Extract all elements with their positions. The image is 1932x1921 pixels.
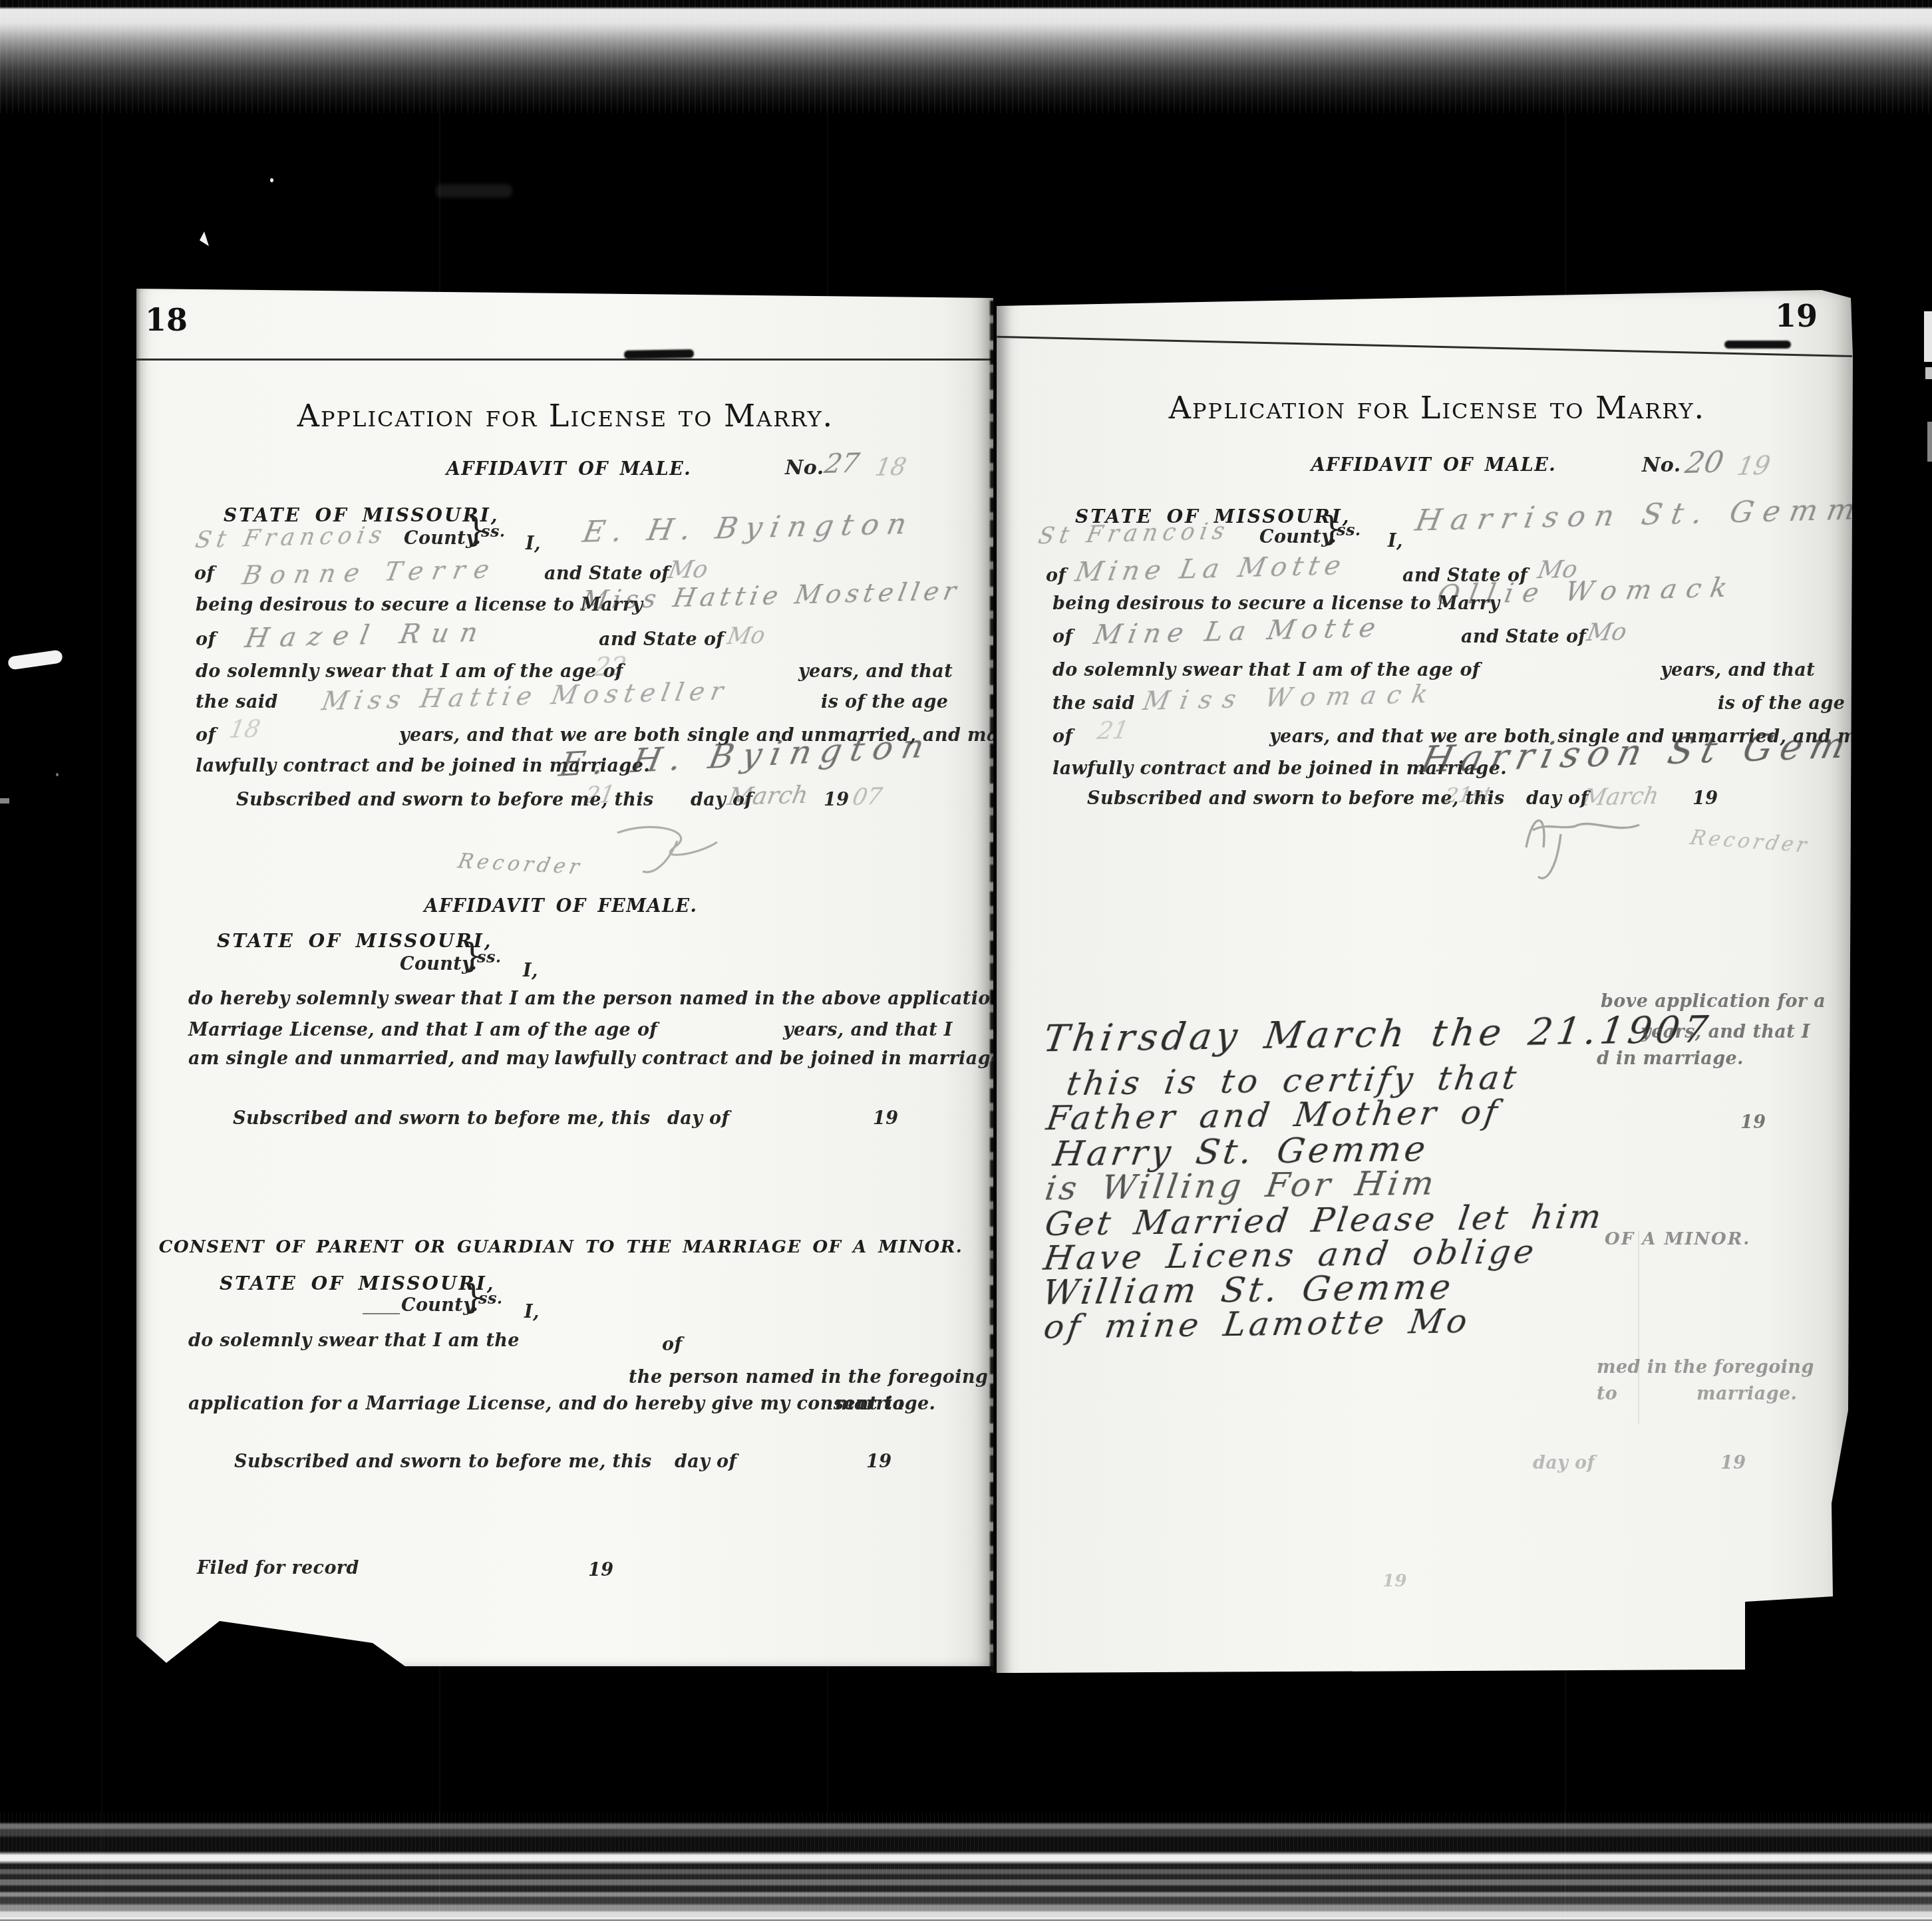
note-line: of mine Lamotte Mo [1041,1302,1473,1347]
state-of-missouri: STATE OF MISSOURI, [220,1272,496,1294]
film-speck [270,178,273,182]
year-19-label: 19 [1692,788,1718,809]
year-19-label: 19 [873,1108,898,1129]
ss-label: ss. [477,947,502,966]
groom-state-handwritten: Mo [666,555,710,584]
of-label: of [194,563,214,584]
ink-scrawl [1517,805,1657,891]
film-edge-sliver [1927,422,1932,462]
bride-residence-handwritten: Hazel Run [243,617,492,654]
county-handwritten: St Francois [1037,517,1233,549]
consent-marriage-word: marriage. [835,1394,935,1414]
state-of-missouri: STATE OF MISSOURI, [217,930,493,952]
fragment-minor: OF A MINOR. [1605,1229,1750,1249]
female-years-line: years, and that I [783,1020,953,1040]
license-number-handwritten: 27 [822,448,862,479]
sworn-year-handwritten: 07 [850,783,884,810]
sworn-month-handwritten: March [726,781,810,810]
sworn-day-handwritten: 21st [1442,781,1494,808]
blank-underline [363,1313,400,1314]
recorder-handwritten: Recorder [456,849,585,879]
filed-year-label: 19 [588,1560,613,1580]
recorder-handwritten: Recorder [1688,826,1812,858]
male-age-line: do solemnly swear that I am of the age o… [1052,660,1480,680]
fragment-year19: 19 [1740,1112,1766,1133]
license-number-handwritten: 20 [1683,445,1726,480]
of-label: of [1052,627,1072,647]
female-swear-line: do hereby solemnly swear that I am the p… [188,988,1058,1009]
male-age-line: do solemnly swear that I am of the age o… [196,661,623,682]
sworn-day-handwritten: 21 [583,781,617,808]
film-edge-bottom [0,1813,1932,1921]
and-state-of-label: and State of [599,629,724,650]
consent-swear-line: do solemnly swear that I am the [188,1330,520,1351]
of-label: of [1046,565,1066,586]
subscribed-line: Subscribed and sworn to before me, this [234,1451,652,1472]
female-license-line: Marriage License, and that I am of the a… [188,1020,657,1040]
paper-crease [1638,1231,1639,1423]
left-page: 18 Application for License to Marry. AFF… [136,285,993,1666]
fragment-to: to [1597,1384,1617,1404]
groom-residence-handwritten: Mine La Motte [1073,550,1349,588]
said-name-handwritten: Miss Womack [1141,678,1441,716]
subscribed-line: Subscribed and sworn to before me, this [1087,788,1505,809]
ink-smudge [1724,341,1791,349]
ss-label: ss. [481,521,506,541]
groom-name-handwritten: Harrison St. Gemme [1412,492,1894,538]
bride-state-handwritten: Mo [1585,618,1629,647]
film-speck [56,773,59,776]
film-edge-top [0,0,1932,113]
film-scratch [101,0,102,1921]
page-number: 18 [145,302,188,338]
county-handwritten: St Francois [194,521,390,553]
ss-label: ss. [1337,520,1361,539]
i-label: I, [524,1302,540,1322]
affidavit-male-heading: AFFIDAVIT OF MALE. [1311,455,1556,476]
fragment-marriage2: marriage. [1696,1384,1797,1404]
film-smudge [436,184,512,198]
of-label: of [1052,726,1072,747]
bride-age-handwritten: 18 [227,715,263,743]
marry-line: being desirous to secure a license to Ma… [1052,593,1500,614]
is-of-the-age: is of the age [1718,693,1845,714]
bride-state-handwritten: Mo [725,622,767,649]
years-and-that: years, and that [798,661,953,682]
microfilm-scan-viewer: { "scan": { "left_page_number": "18", "r… [0,0,1932,1921]
is-of-the-age: is of the age [821,692,948,712]
fragment-application: bove application for a [1601,991,1826,1012]
no-label: No. [785,456,824,480]
ink-scrawl [612,817,738,880]
ghost-number: 19 [1735,450,1773,480]
fragment-foregoing: med in the foregoing [1597,1357,1814,1378]
no-label: No. [1642,454,1681,477]
groom-residence-handwritten: Bonne Terre [240,554,500,590]
consent-application-line: application for a Marriage License, and … [188,1394,905,1414]
form-title: Application for License to Marry. [1169,390,1705,426]
header-rule [997,336,1852,357]
i-label: I, [1388,531,1403,551]
of-label: of [662,1334,682,1355]
book-spine-gutter [990,301,995,1672]
the-said-label: the said [196,692,278,712]
fragment-year19-filed: 19 [1382,1571,1407,1591]
groom-age-handwritten: 22 [591,651,629,681]
ink-smudge [624,349,694,359]
fragment-marriage: d in marriage. [1597,1048,1744,1069]
header-rule [136,359,992,361]
fragment-day-of: day of [1533,1453,1595,1473]
film-speck [7,649,63,670]
bride-age-handwritten: 21 [1095,716,1131,744]
and-state-of-label: and State of [1461,627,1586,647]
years-and-that: years, and that [1661,660,1815,680]
affidavit-female-heading: AFFIDAVIT OF FEMALE. [424,896,697,917]
film-speck [0,798,9,804]
the-said-label: the said [1052,693,1135,714]
and-state-of-label: and State of [544,563,669,584]
consent-person-line: the person named in the foregoing [629,1367,988,1388]
of-label: of [196,725,216,746]
ss-label: ss. [478,1288,503,1308]
fragment-year19: 19 [1720,1453,1746,1473]
of-label: of [196,629,216,650]
right-page: 19 Application for License to Marry. AFF… [997,290,1855,1690]
ghost-number: 18 [873,453,909,481]
fragment-years: years, and that I [1641,1022,1810,1042]
subscribed-line: Subscribed and sworn to before me, this [233,1108,651,1129]
year-19-label: 19 [824,790,849,810]
female-single-line: am single and unmarried, and may lawfull… [188,1048,1009,1069]
consent-heading: CONSENT OF PARENT OR GUARDIAN TO THE MAR… [159,1237,963,1257]
marry-line: being desirous to secure a license to Ma… [196,595,643,615]
day-of-label: day of [675,1451,737,1472]
film-speck [200,231,209,246]
film-edge-sliver [1925,367,1932,379]
year-19-label: 19 [866,1451,891,1472]
bride-residence-handwritten: Mine La Motte [1092,612,1385,650]
groom-name-handwritten: E. H. Byington [580,507,917,549]
filed-for-record-label: Filed for record [197,1558,359,1578]
page-number: 19 [1775,298,1818,334]
i-label: I, [526,533,541,554]
day-of-label: day of [667,1108,730,1129]
form-title: Application for License to Marry. [297,398,834,434]
i-label: I, [523,960,538,981]
said-name-handwritten: Miss Hattie Mosteller [319,676,732,716]
film-edge-sliver [1924,311,1932,362]
affidavit-male-heading: AFFIDAVIT OF MALE. [446,459,691,480]
